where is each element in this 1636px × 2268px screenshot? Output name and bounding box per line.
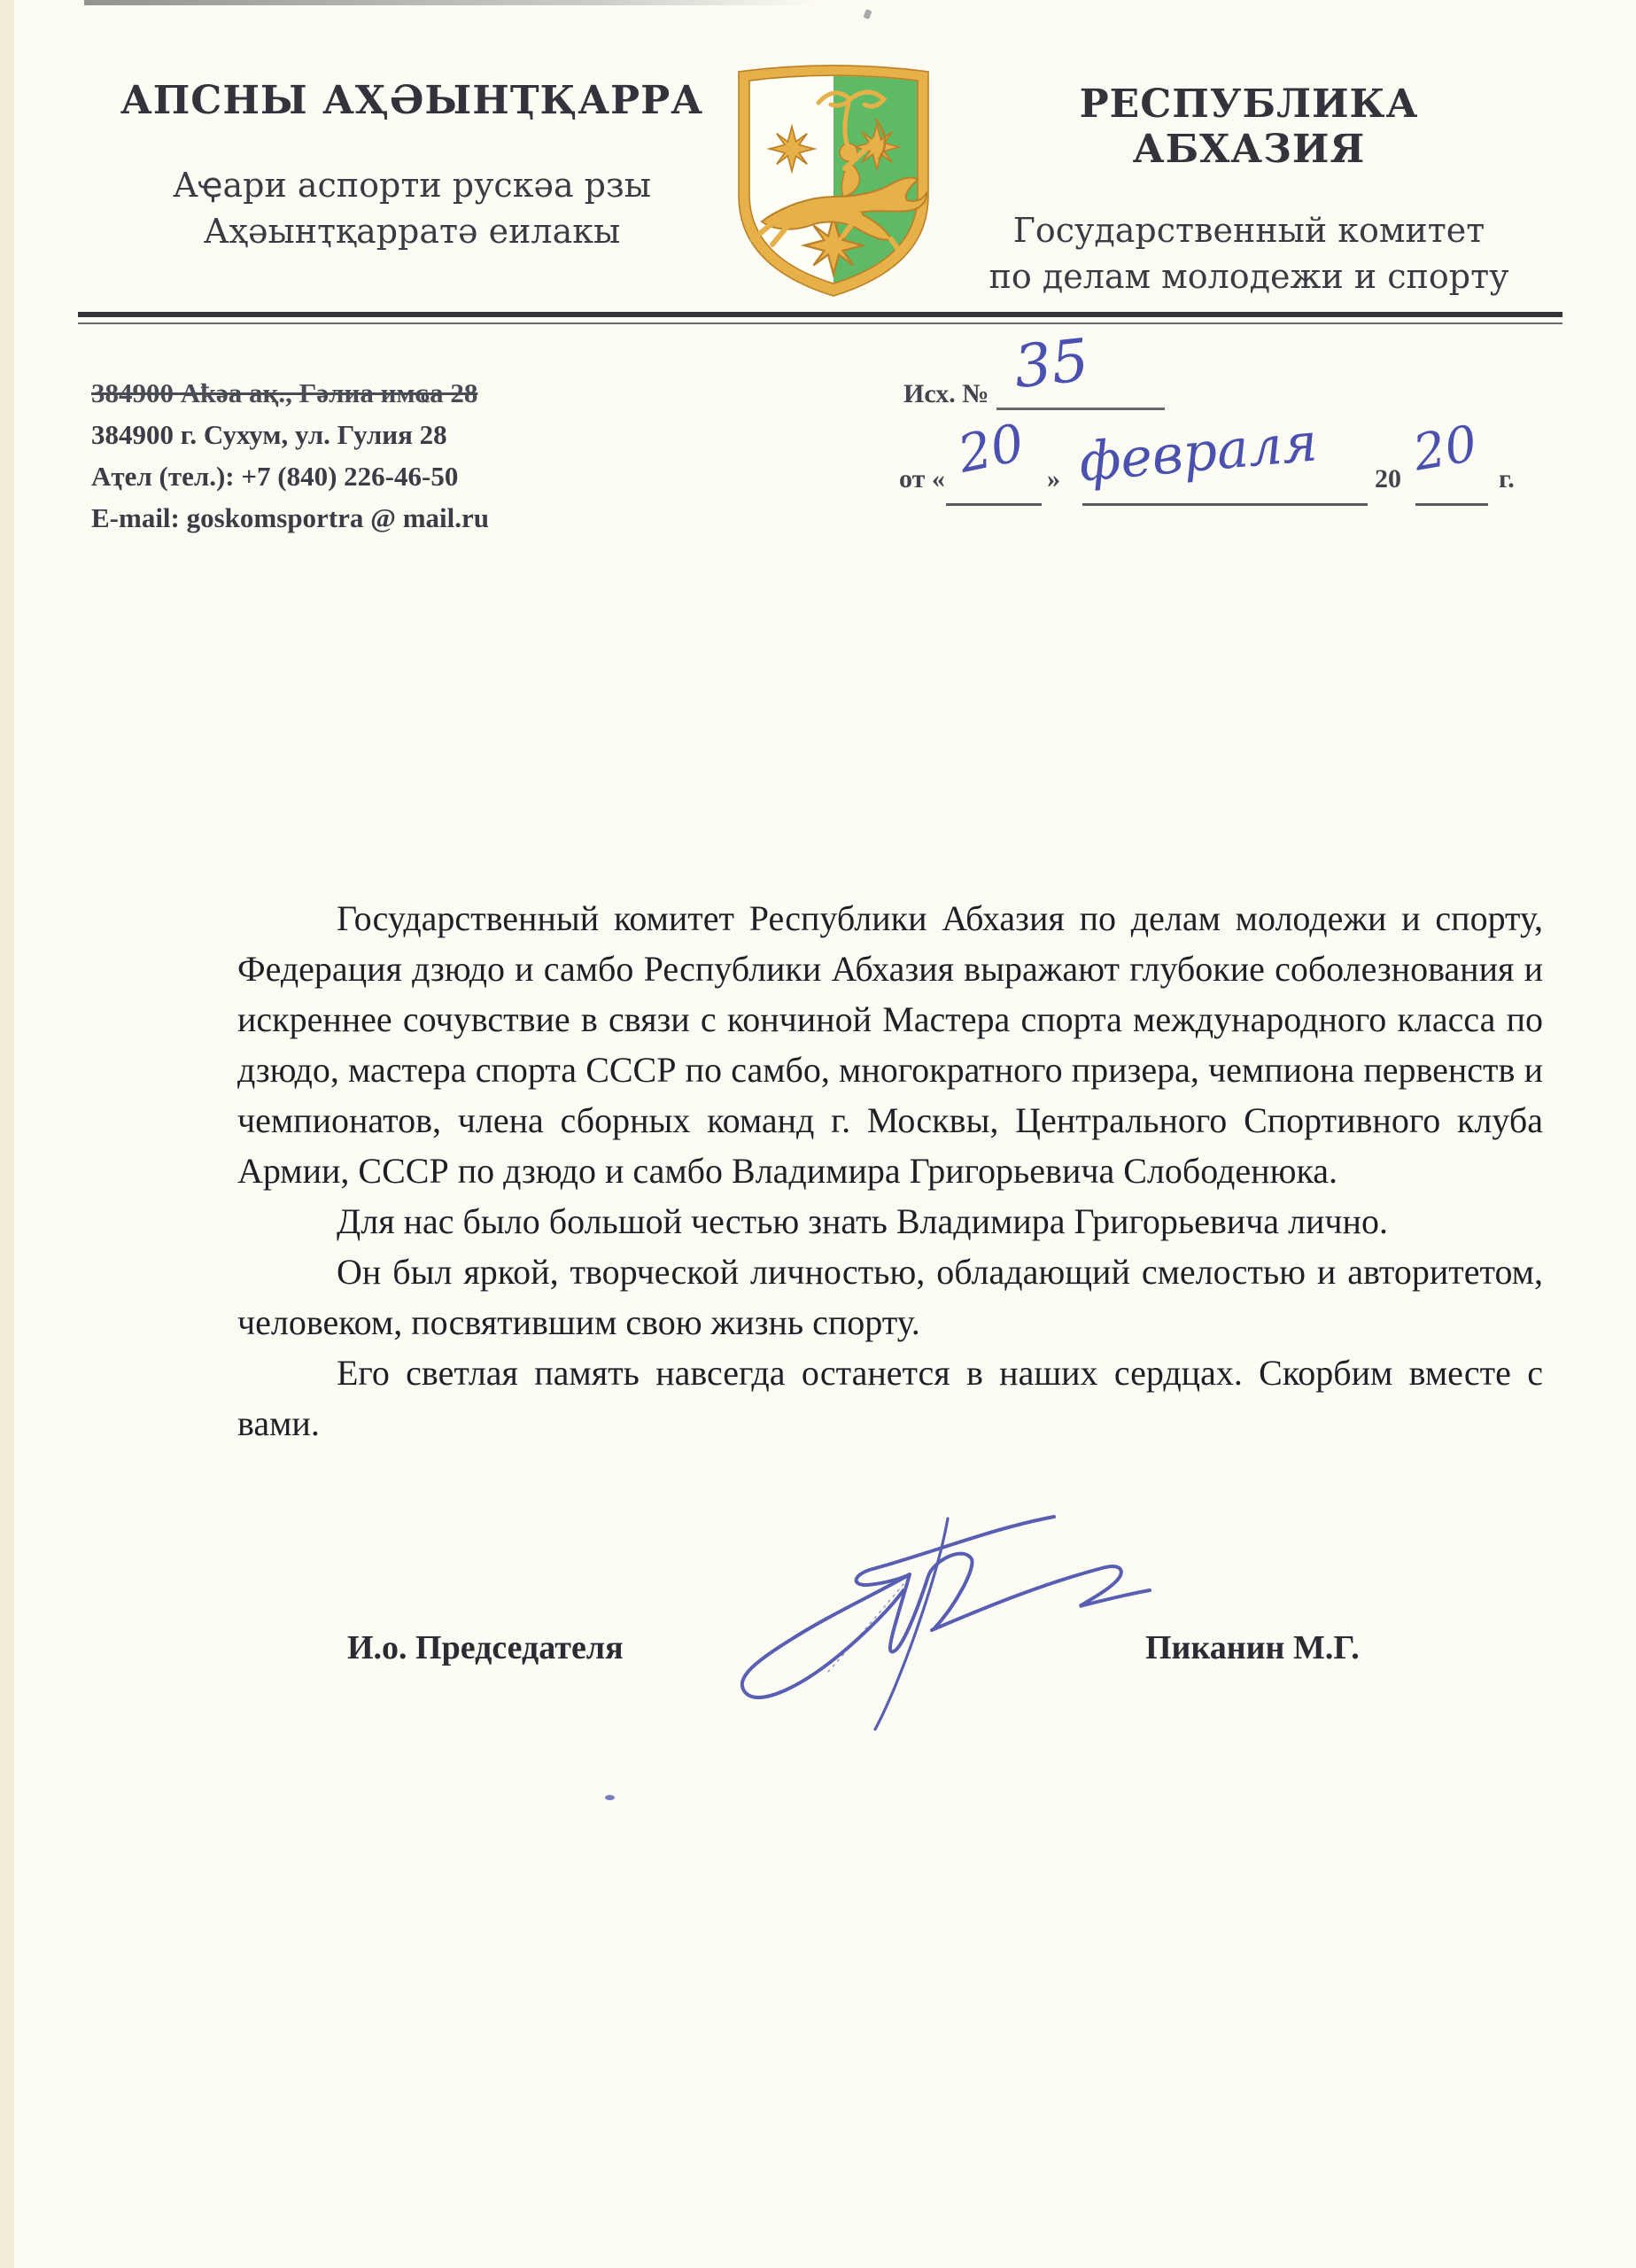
letter-body: Государственный комитет Республики Абхаз… bbox=[237, 893, 1543, 1449]
contact-block: 384900 Аҟәа ақ., Гәлиа имҩа 28 384900 г.… bbox=[91, 372, 489, 539]
date-day-handwritten: 20 bbox=[953, 412, 1029, 485]
email-line: E-mail: goskomsportra @ mail.ru bbox=[91, 497, 489, 539]
paragraph-personality: Он был яркой, творческой личностью, обла… bbox=[237, 1247, 1543, 1348]
scan-edge-strip bbox=[0, 0, 14, 2268]
address-abkhaz-struck: 384900 Аҟәа ақ., Гәлиа имҩа 28 bbox=[91, 372, 489, 414]
outgoing-number-blank-line bbox=[996, 408, 1165, 410]
scan-speck bbox=[864, 9, 872, 19]
scan-top-smudge bbox=[84, 0, 819, 5]
header-right-russian: РЕСПУБЛИКА АБХАЗИЯ Государственный комит… bbox=[957, 82, 1541, 299]
handwritten-signature bbox=[726, 1506, 1169, 1772]
date-year-handwritten: 20 bbox=[1409, 415, 1481, 482]
abkhazia-coat-of-arms-icon bbox=[726, 62, 941, 297]
date-close-quote: » bbox=[1047, 464, 1060, 494]
committee-abkhaz-line1: Аҿари аспорти рускәа рзы bbox=[106, 162, 717, 208]
header-divider-thin bbox=[78, 322, 1562, 324]
outgoing-number-label: Исх. № bbox=[903, 379, 989, 409]
committee-name-abkhaz: Аҿари аспорти рускәа рзы Аҳәынҭқарратә е… bbox=[106, 162, 717, 254]
address-russian: 384900 г. Сухум, ул. Гулия 28 bbox=[91, 414, 489, 455]
state-name-abkhaz: АПСНЫ АҲӘЫНҬҚАРРА bbox=[106, 78, 717, 123]
committee-name-russian: Государственный комитет по делам молодеж… bbox=[957, 207, 1541, 299]
date-from-label: от « bbox=[899, 464, 945, 494]
signer-name: Пиканин М.Г. bbox=[1145, 1628, 1360, 1667]
committee-abkhaz-line2: Аҳәынҭқарратә еилакы bbox=[106, 208, 717, 254]
committee-russian-line2: по делам молодежи и спорту bbox=[957, 253, 1541, 299]
committee-russian-line1: Государственный комитет bbox=[957, 207, 1541, 253]
date-month-blank-line bbox=[1082, 503, 1368, 506]
date-day-blank-line bbox=[946, 503, 1042, 506]
paragraph-personal-honor: Для нас было большой честью знать Владим… bbox=[237, 1196, 1543, 1247]
phone-line: Аҭел (тел.): +7 (840) 226-46-50 bbox=[91, 455, 489, 497]
header-divider-thick bbox=[78, 312, 1562, 317]
state-name-russian: РЕСПУБЛИКА АБХАЗИЯ bbox=[957, 82, 1541, 172]
outgoing-number-handwritten: 35 bbox=[1011, 326, 1092, 401]
date-year-blank-line bbox=[1415, 503, 1488, 506]
header-left-abkhaz: АПСНЫ АҲӘЫНҬҚАРРА Аҿари аспорти рускәа р… bbox=[106, 78, 717, 254]
date-year-suffix: г. bbox=[1499, 464, 1515, 494]
paragraph-memory: Его светлая память навсегда останется в … bbox=[237, 1348, 1543, 1449]
ink-speck bbox=[605, 1795, 615, 1800]
date-year-prefix: 20 bbox=[1375, 464, 1401, 494]
date-month-handwritten: февраля bbox=[1076, 411, 1320, 493]
paragraph-condolence-main: Государственный комитет Республики Абхаз… bbox=[237, 893, 1543, 1196]
signer-position: И.о. Председателя bbox=[347, 1628, 624, 1667]
letter-page: АПСНЫ АҲӘЫНҬҚАРРА Аҿари аспорти рускәа р… bbox=[0, 0, 1636, 2268]
